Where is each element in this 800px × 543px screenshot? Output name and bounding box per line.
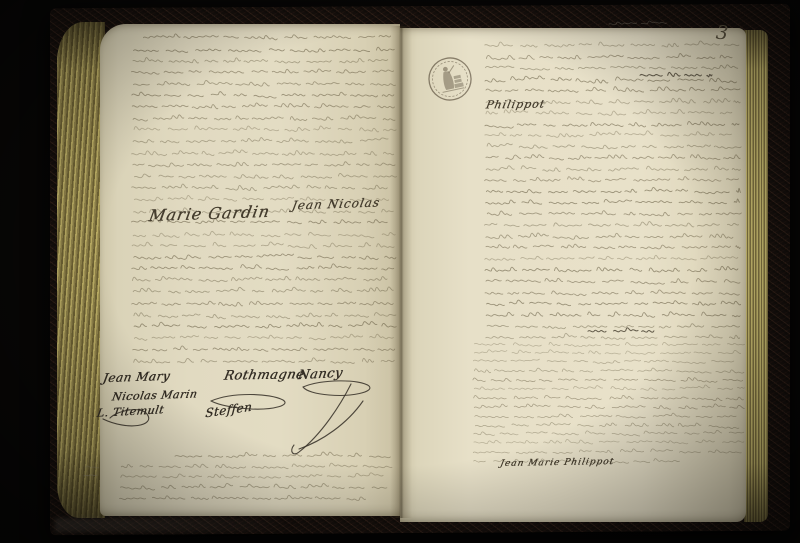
page-stack-right-edge <box>744 30 768 522</box>
page-number: 3 <box>715 24 729 44</box>
left-page <box>100 24 400 516</box>
book-gutter-shadow <box>390 26 412 518</box>
page-stack-left-edge <box>57 22 105 518</box>
register-book-scan: 3 Jean NicolasMarie GardinPhilippotJean … <box>0 0 800 543</box>
seal-figure <box>438 64 465 92</box>
seal-stamp-icon <box>422 51 479 108</box>
table-glint <box>55 518 295 532</box>
